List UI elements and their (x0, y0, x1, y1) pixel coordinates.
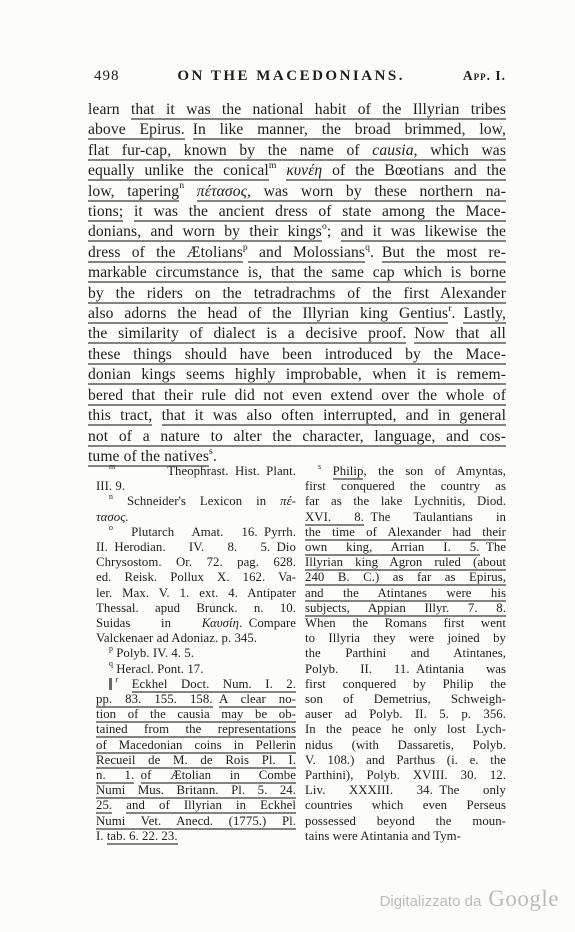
footnote-line: ed. Reisk. Pollux X. 162. Va- (96, 570, 296, 585)
text-segment: tained from the representations (96, 722, 296, 738)
text-segment: it was the ancient dress of state among … (134, 203, 506, 222)
text-segment: n. 1. (96, 768, 134, 784)
watermark-text: Digitalizzato da (380, 893, 482, 910)
text-segment: A clear no- (219, 692, 296, 708)
text-segment: above Epirus. (88, 121, 185, 140)
footnote-line: XVI. 8. The Taulantians in (305, 510, 506, 525)
text-segment (276, 162, 286, 179)
footnote-line: son of Demetrius, Schweigh- (305, 692, 506, 707)
footnote-line: I. tab. 6. 22. 23. (96, 829, 296, 844)
text-segment: dress of the Ætolians (88, 244, 243, 263)
text-segment: Recueil de M. de Rois Pl. I. (96, 753, 296, 769)
text-segment: When the Romans first went (305, 616, 506, 630)
footnote-marker: m (109, 462, 115, 471)
text-segment: by the riders on the tetradrachms of the… (88, 285, 506, 304)
footnote-line: first conquered by Philip the (305, 677, 506, 692)
text-segment: In like manner, the broad brimmed, low, (193, 121, 506, 140)
footnote-marker: r (448, 303, 451, 314)
footnote-line: the time of Alexander had their (305, 525, 506, 540)
text-line: donian kings seems highly improbable, wh… (88, 365, 506, 385)
text-segment: τασος. (96, 510, 129, 524)
text-line: not of a nature to alter the character, … (88, 427, 506, 447)
text-segment: I. (96, 829, 107, 843)
footnote-line: n. 1. of Ætolian in Combe (96, 768, 296, 783)
text-segment: possessed beyond the moun- (305, 814, 506, 828)
footnote-line: Suidas in Καυσίη. Compare (96, 616, 296, 631)
text-segment: of Ætolian in Combe (141, 768, 296, 784)
text-segment: 240 B. C.) as far as Epirus, (305, 570, 506, 586)
footnote-line: the Parthini and Atintanes, (305, 646, 506, 661)
footnote-line: auser ad Polyb. II. 5. p. 356. (305, 707, 506, 722)
footnote-line: own king, Arrian I. 5. The (305, 540, 506, 555)
footnote-line: Illyrian king Agron ruled (about (305, 555, 506, 570)
text-segment: the similarity of dialect is a decisive … (88, 325, 406, 344)
text-line: learn that it was the national habit of … (88, 100, 506, 120)
text-line: bered that their rule did not even exten… (88, 386, 506, 406)
text-segment: . Compare (239, 616, 296, 630)
text-segment: not of a nature to alter the character, … (88, 428, 506, 447)
text-segment (184, 183, 197, 200)
text-segment: and it was likewise the (341, 223, 506, 242)
footnote-marker: n (179, 180, 184, 191)
text-segment: . (213, 448, 217, 465)
text-segment: tion of the causia may be ob- (96, 707, 296, 723)
footnote-line: nidus (with Dassaretis, Polyb. (305, 738, 506, 753)
main-text-block: learn that it was the national habit of … (88, 100, 506, 467)
text-segment: Schneider's Lexicon in (113, 494, 280, 508)
text-segment: The (480, 540, 507, 554)
footnote-marker: p (109, 644, 113, 653)
text-segment: κυνέη (286, 162, 322, 181)
text-segment: Now that all (414, 325, 506, 344)
text-segment: son of Demetrius, Schweigh- (305, 692, 506, 706)
text-segment: Suidas in (96, 616, 202, 630)
text-segment: these things should have been introduced… (88, 346, 506, 365)
footnote-line: III. 9. (96, 479, 296, 494)
text-segment: II. Herodian. IV. 8. 5. Dio (96, 540, 296, 554)
footnote-line: to Illyria they were joined by (305, 631, 506, 646)
text-segment: far as the lake Lychnitis, Diod. (305, 494, 506, 508)
footnote-marker: p (243, 242, 248, 253)
text-segment: Parthini), Polyb. XVIII. 30. 12. (305, 768, 506, 782)
text-line: this tract, that it was also often inter… (88, 406, 506, 426)
text-segment: The Taulantians in (364, 510, 506, 524)
footnotes-left-column: m Theophrast. Hist. Plant.III. 9.n Schne… (96, 464, 296, 844)
text-segment: tains were Atintania and Tym- (305, 829, 461, 843)
footnote-marker: q (365, 242, 370, 253)
running-title: ON THE MACEDONIANS. (120, 68, 463, 85)
text-line: low, taperingn πέτασος, was worn by thes… (88, 182, 506, 202)
text-segment: Valckenaer ad Adoniaz. p. 345. (96, 631, 257, 645)
text-segment: markable circumstance is, that the same … (88, 264, 506, 283)
text-line: tions; it was the ancient dress of state… (88, 202, 506, 222)
text-segment: the time of Alexander had their (305, 525, 506, 541)
text-segment: Chrysostom. Or. 72. pag. 628. (96, 555, 296, 569)
text-segment: subjects, Appian Illyr. 7. 8. (305, 601, 506, 617)
footnote-line: Valckenaer ad Adoniaz. p. 345. (96, 631, 296, 646)
text-segment: ; (327, 223, 341, 240)
footnote-line: When the Romans first went (305, 616, 506, 631)
footnote-line: s Philip, the son of Amyntas, (305, 464, 506, 479)
text-segment: , the son of Amyntas, (363, 464, 506, 478)
text-segment (134, 768, 140, 782)
text-segment: But the most re- (382, 244, 506, 263)
text-segment (185, 121, 193, 138)
text-line: by the riders on the tetradrachms of the… (88, 284, 506, 304)
footnote-line: possessed beyond the moun- (305, 814, 506, 829)
text-segment: Thessal. apud Brunck. n. 10. (96, 601, 296, 615)
text-segment: that it was the national habit of the Il… (131, 101, 506, 120)
text-segment: learn (88, 101, 131, 118)
text-segment: Illyrian king Agron ruled (about (305, 555, 506, 571)
footnotes-right-column: s Philip, the son of Amyntas,first conqu… (305, 464, 506, 844)
footnote-marker: o (322, 221, 327, 232)
text-segment: Plutarch Amat. 16. Pyrrh. (113, 525, 296, 539)
text-segment: Polyb. IV. 4. 5. (113, 646, 194, 660)
text-segment: causia (372, 142, 413, 161)
footnote-line: Recueil de M. de Rois Pl. I. (96, 753, 296, 768)
text-segment: low, tapering (88, 183, 179, 202)
footnote-line: tion of the causia may be ob- (96, 707, 296, 722)
text-segment: , which was (414, 142, 506, 161)
footnote-line: of Macedonian coins in Pellerin (96, 738, 296, 753)
footnote-line: II. Herodian. IV. 8. 5. Dio (96, 540, 296, 555)
scanned-book-page: 498 ON THE MACEDONIANS. App. I. learn th… (0, 0, 575, 932)
text-line: equally unlike the conicalm κυνέη of the… (88, 161, 506, 181)
text-segment: flat fur-cap, known by the name of (88, 142, 372, 161)
footnote-line: Numi Mus. Britann. Pl. 5. 24. (96, 783, 296, 798)
footnote-line: V. 108.) and Parthus (i. e. the (305, 753, 506, 768)
footnote-line: p Polyb. IV. 4. 5. (96, 646, 296, 661)
text-segment: also adorns the head of the Illyrian kin… (88, 305, 448, 324)
text-segment: Lastly, (463, 305, 506, 324)
text-segment: πέτασος, (197, 183, 251, 202)
footnote-marker: o (109, 523, 113, 532)
text-line: the similarity of dialect is a decisive … (88, 324, 506, 344)
text-segment (112, 798, 126, 812)
footnote-line: m Theophrast. Hist. Plant. (96, 464, 296, 479)
footnote-line: n Schneider's Lexicon in πέ- (96, 494, 296, 509)
text-segment: bered that their rule did not even exten… (88, 387, 506, 406)
text-segment (118, 677, 131, 691)
text-segment: of Macedonian coins in Pellerin (96, 738, 296, 754)
footnote-marker: s (318, 462, 321, 471)
footnote-line: τασος. (96, 510, 296, 525)
text-line: these things should have been introduced… (88, 345, 506, 365)
text-line: markable circumstance is, that the same … (88, 263, 506, 283)
pencil-mark (109, 678, 112, 690)
text-segment: Heracl. Pont. 17. (113, 662, 203, 676)
text-line: dress of the Ætoliansp and Molossiansq. … (88, 243, 506, 263)
text-segment: 25. (96, 798, 112, 814)
text-segment (152, 407, 161, 424)
text-segment: XVI. 8. (305, 510, 364, 526)
text-segment: donian kings seems highly improbable, wh… (88, 366, 506, 385)
text-segment: tab. 6. 22. 23. (107, 829, 178, 845)
footnote-line: first conquered the country as (305, 479, 506, 494)
footnote-line: Thessal. apud Brunck. n. 10. (96, 601, 296, 616)
text-segment: pp. 83. 155. 158. (96, 692, 213, 708)
text-segment: tions; (88, 203, 123, 222)
text-segment: In the peace he only lost Lych- (305, 722, 506, 736)
footnote-line: tains were Atintania and Tym- (305, 829, 506, 844)
text-segment: and the Atintanes were his (305, 586, 506, 602)
footnote-line: q Heracl. Pont. 17. (96, 662, 296, 677)
text-segment: . (370, 244, 382, 261)
text-segment: and of Illyrian in Eckhel (126, 798, 296, 814)
text-segment: countries which even Perseus (305, 798, 506, 812)
footnote-line: far as the lake Lychnitis, Diod. (305, 494, 506, 509)
footnote-line: tained from the representations (96, 722, 296, 737)
text-segment: this tract, (88, 407, 152, 426)
footnote-marker: n (109, 492, 113, 501)
text-segment: donians, and worn by their kings (88, 223, 322, 242)
text-segment: and Molossians (248, 244, 365, 263)
text-segment: Numi Mus. Britann. Pl. 5. 24. (96, 783, 296, 799)
footnote-line: o Plutarch Amat. 16. Pyrrh. (96, 525, 296, 540)
footnote-line: pp. 83. 155. 158. A clear no- (96, 692, 296, 707)
appendix-label: App. I. (463, 68, 506, 84)
text-segment: that it was also often interrupted, and … (162, 407, 506, 426)
footnote-line: r Eckhel Doct. Num. I. 2. (96, 677, 296, 692)
footnote-line: Chrysostom. Or. 72. pag. 628. (96, 555, 296, 570)
text-segment: Theophrast. Hist. Plant. (115, 464, 296, 478)
footnote-line: 240 B. C.) as far as Epirus, (305, 570, 506, 585)
footnote-line: ler. Max. V. 1. ext. 4. Antipater (96, 586, 296, 601)
footnote-line: In the peace he only lost Lych- (305, 722, 506, 737)
text-segment (321, 464, 332, 478)
text-segment: V. 108.) and Parthus (i. e. the (305, 753, 506, 767)
footnote-line: Liv. XXXIII. 34. The only (305, 783, 506, 798)
text-segment: Philip (333, 464, 364, 480)
text-segment: to Illyria they were joined by (305, 631, 506, 645)
footnote-line: subjects, Appian Illyr. 7. 8. (305, 601, 506, 616)
text-segment: ler. Max. V. 1. ext. 4. Antipater (96, 586, 296, 600)
footnote-marker: r (116, 675, 119, 684)
text-segment: was worn by these northern na- (251, 183, 506, 202)
text-line: donians, and worn by their kingso; and i… (88, 222, 506, 242)
footnote-line: Polyb. II. 11. Atintania was (305, 662, 506, 677)
text-segment: Numi Vet. Anecd. (1775.) Pl. (96, 814, 296, 830)
footnote-line: Parthini), Polyb. XVIII. 30. 12. (305, 768, 506, 783)
page-number: 498 (94, 68, 120, 85)
footnote-marker: q (109, 659, 113, 668)
text-segment (123, 203, 134, 220)
text-segment: Liv. XXXIII. 34. The only (305, 783, 506, 797)
text-segment: own king, Arrian I. 5. (305, 540, 480, 556)
text-segment: nidus (with Dassaretis, Polyb. (305, 738, 506, 752)
text-segment: the Parthini and Atintanes, (305, 646, 506, 660)
text-segment: first conquered the country as (305, 479, 506, 493)
text-segment: equally unlike the conical (88, 162, 269, 181)
footnote-line: and the Atintanes were his (305, 586, 506, 601)
text-segment: of the Bœotians and the (322, 162, 506, 181)
text-segment: Καυσίη (202, 616, 239, 630)
google-logo: Google (488, 886, 559, 912)
text-line: also adorns the head of the Illyrian kin… (88, 304, 506, 324)
text-segment: Eckhel Doct. Num. I. 2. (132, 677, 296, 693)
footnote-marker: m (269, 160, 277, 171)
running-header: 498 ON THE MACEDONIANS. App. I. (94, 68, 506, 85)
text-line: flat fur-cap, known by the name of causi… (88, 141, 506, 161)
text-segment: auser ad Polyb. II. 5. p. 356. (305, 707, 506, 721)
text-segment: ed. Reisk. Pollux X. 162. Va- (96, 570, 296, 584)
text-segment: . (452, 305, 464, 322)
text-segment: first conquered by Philip the (305, 677, 506, 691)
text-line: above Epirus. In like manner, the broad … (88, 120, 506, 140)
footnote-line: Numi Vet. Anecd. (1775.) Pl. (96, 814, 296, 829)
text-segment: πέ- (280, 494, 296, 508)
google-watermark: Digitalizzato da Google (380, 886, 559, 912)
footnote-line: countries which even Perseus (305, 798, 506, 813)
footnote-line: 25. and of Illyrian in Eckhel (96, 798, 296, 813)
text-segment: Polyb. II. 11. Atintania was (305, 662, 506, 676)
footnote-marker: s (209, 446, 213, 457)
